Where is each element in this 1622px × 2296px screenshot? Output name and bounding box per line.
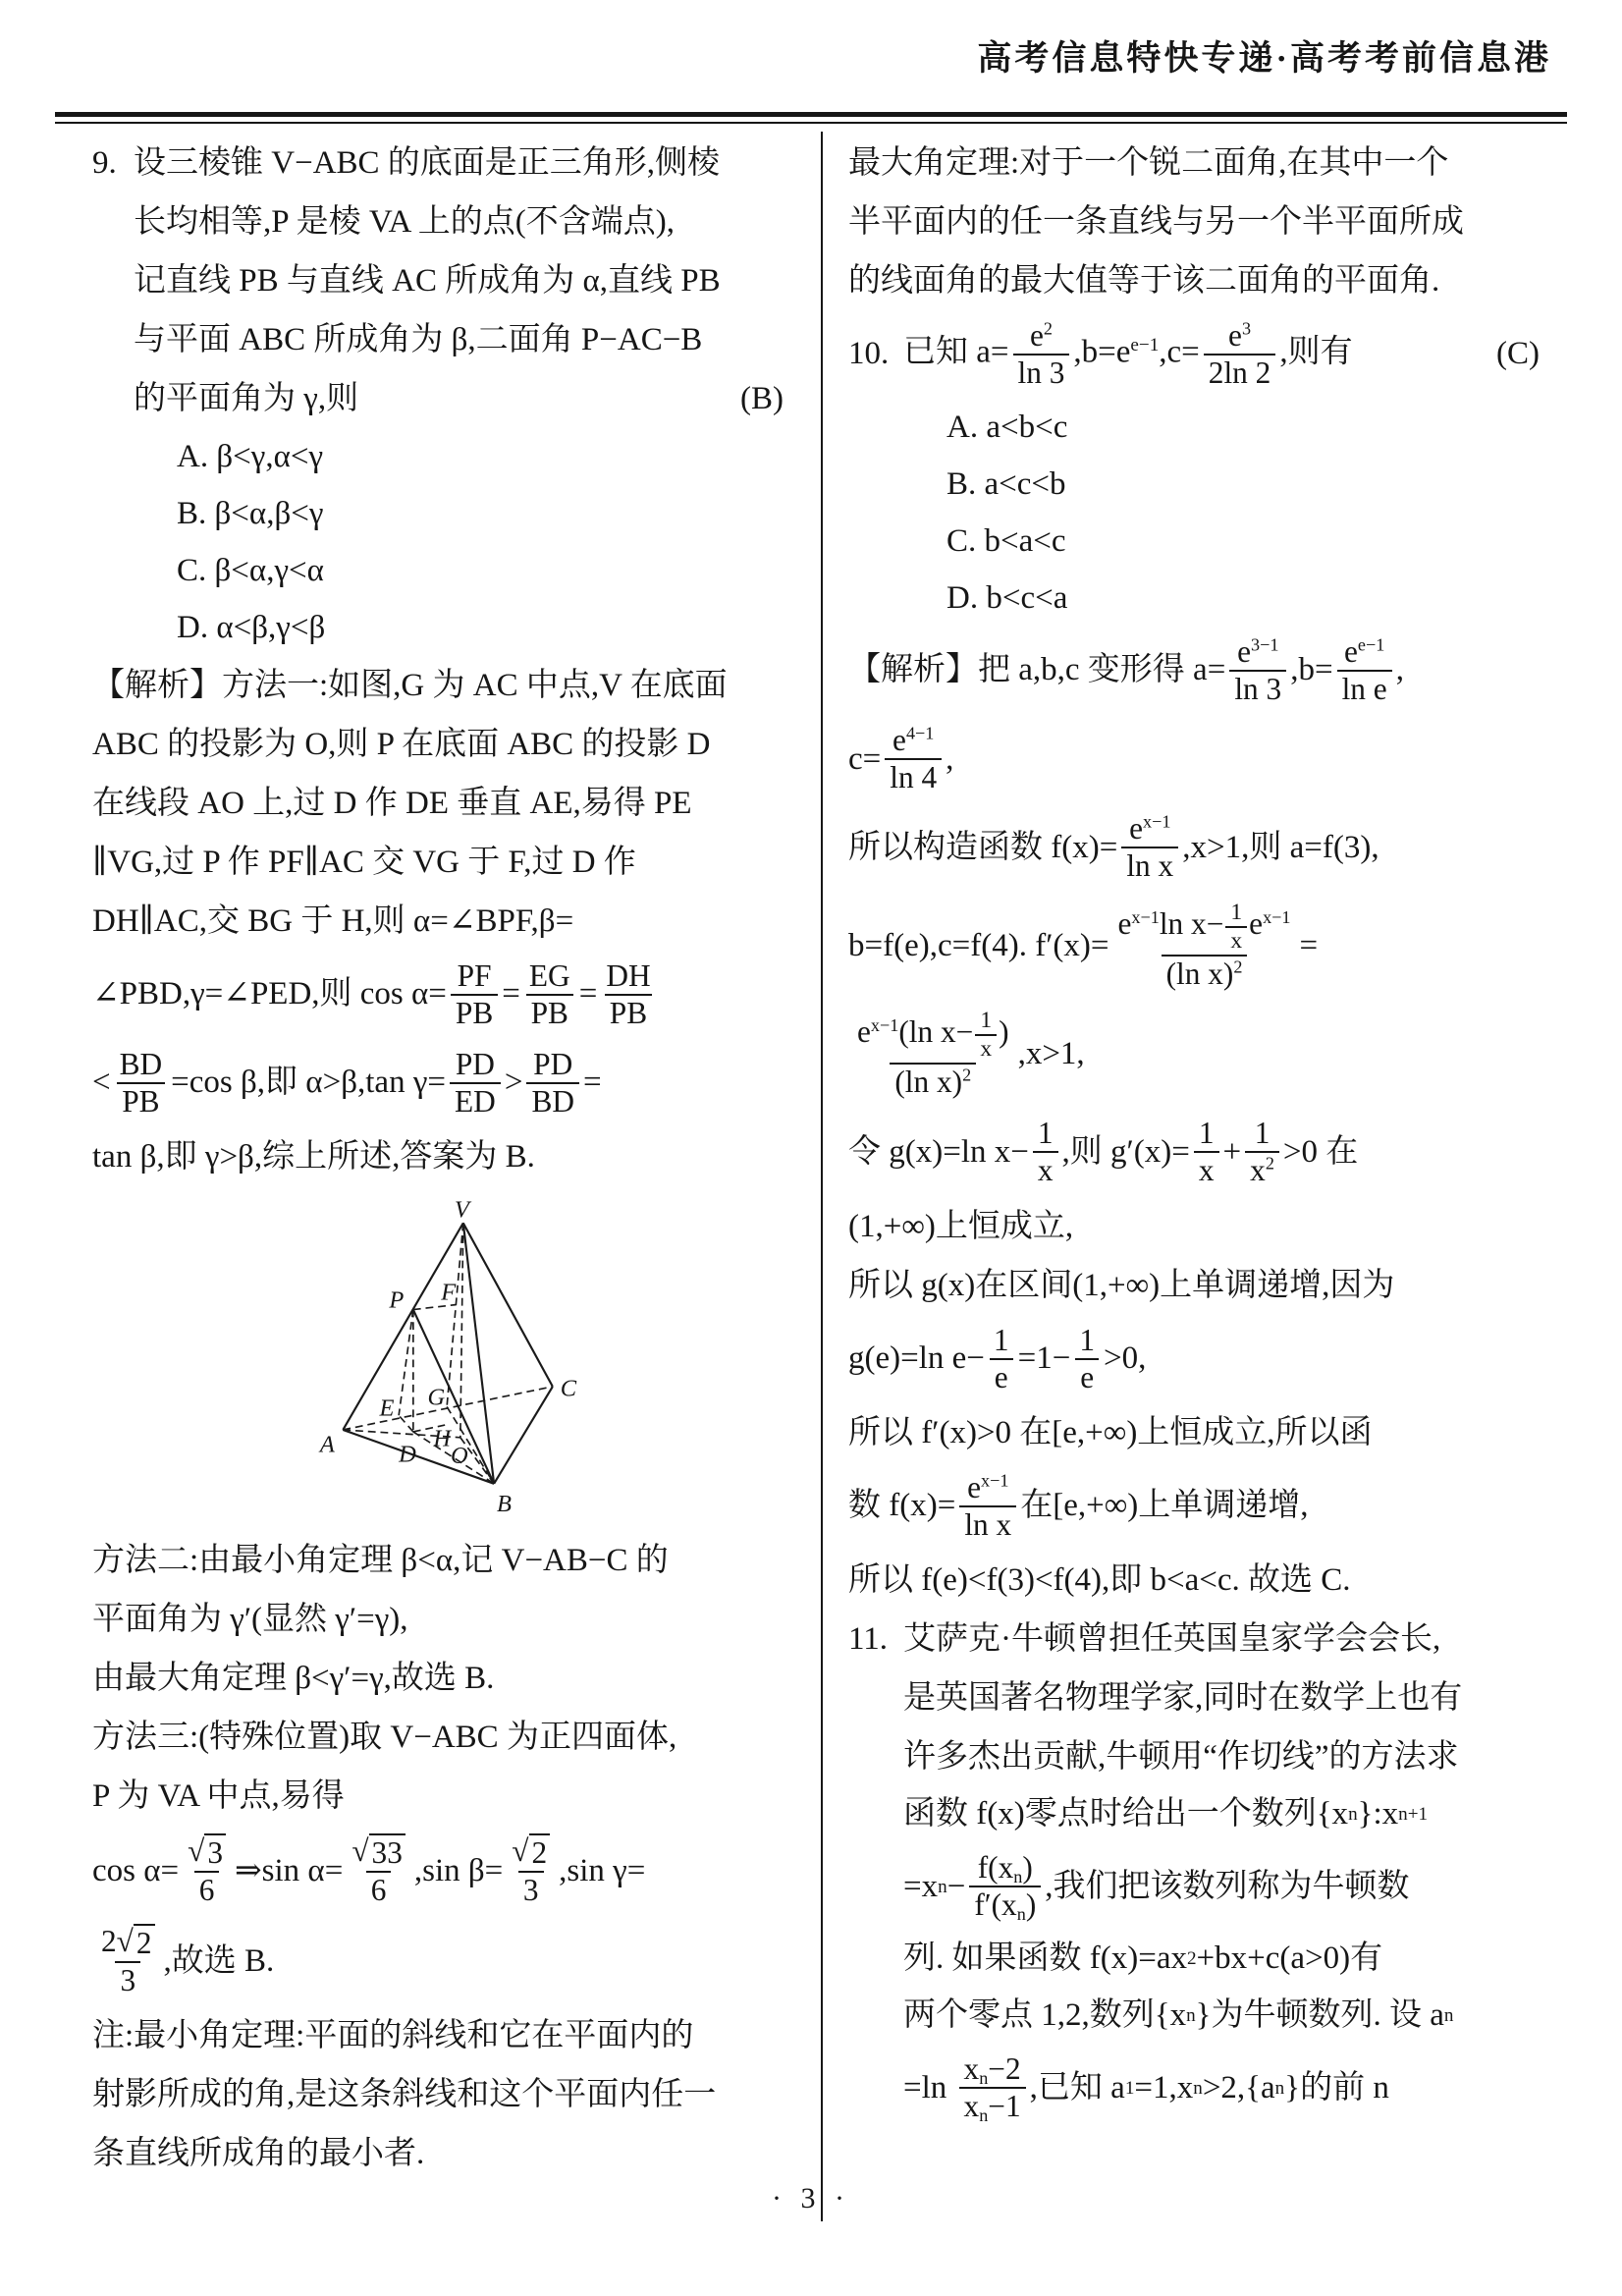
text-line: 与平面 ABC 所成角为 β,二面角 P−AC−B xyxy=(134,310,795,369)
text-line: g(e)=ln e−1e=1−1e>0, xyxy=(848,1315,1551,1403)
text-run: ) xyxy=(1022,1850,1032,1885)
text-line: 两个零点 1,2,数列{xn}为牛顿数列. 设 an xyxy=(903,1988,1551,2044)
text-line: 2√23,故选 B. xyxy=(92,1916,795,2006)
text-run: e xyxy=(1249,906,1263,941)
text-run: (ln x− xyxy=(898,1015,973,1050)
text-line: ex−1(ln x−1x)(ln x)2,x>1, xyxy=(848,1000,1551,1108)
square-root: √2 xyxy=(117,1924,155,1961)
text-run: >2,{a xyxy=(1203,2068,1275,2108)
text-run: ln 3 xyxy=(1018,355,1065,390)
fraction: 1x xyxy=(975,1008,997,1063)
text-run: PB xyxy=(610,996,647,1030)
text-line: 【解析】方法一:如图,G 为 AC 中点,V 在底面 xyxy=(92,656,795,715)
text-run: = xyxy=(583,1063,602,1103)
fraction: ex−1ln x−1xex−1(ln x)2 xyxy=(1113,900,1296,992)
text-run: >0 在 xyxy=(1283,1132,1358,1173)
text-run: 半平面内的任一条直线与另一个半平面所成 xyxy=(848,204,1464,240)
text-line: 令 g(x)=ln x−1x,则 g′(x)=1x+1x2>0 在 xyxy=(848,1108,1551,1196)
text-line: c=e4−1ln 4, xyxy=(848,715,1551,803)
superscript: 4−1 xyxy=(906,724,934,743)
text-run: − xyxy=(947,1867,966,1907)
text-run: 6 xyxy=(199,1873,215,1907)
text-line: C. b<a<c xyxy=(903,513,1551,570)
q10-options: A. a<b<cB. a<c<bC. b<a<cD. b<c<a xyxy=(903,399,1551,627)
text-run: = xyxy=(1300,926,1319,966)
text-run: ) xyxy=(999,1015,1008,1050)
fraction: e3−1ln 3 xyxy=(1229,634,1286,707)
q10-answer: (C) xyxy=(1496,334,1551,374)
text-run: e xyxy=(967,1470,981,1504)
text-run: 函数 f(x)零点时给出一个数列{x xyxy=(903,1794,1348,1834)
superscript: 2 xyxy=(1044,319,1053,339)
square-root: √33 xyxy=(351,1833,405,1871)
fraction: √336 xyxy=(347,1833,410,1908)
question-9: 9. 设三棱锥 V−ABC 的底面是正三角形,侧棱长均相等,P 是棱 VA 上的… xyxy=(92,134,795,656)
text-line: cos α=√36⇒sin α=√336,sin β=√23,sin γ= xyxy=(92,1826,795,1916)
text-line: ABC 的投影为 O,则 P 在底面 ABC 的投影 D xyxy=(92,715,795,774)
text-run: ∠PBD,γ=∠PED,则 cos α= xyxy=(92,974,447,1014)
subscript: n xyxy=(979,2105,988,2125)
q10-stem-line: 已知 a=e2ln 3,b=ee−1,c=e32ln 2,则有 (C) xyxy=(903,310,1551,399)
text-run: = xyxy=(502,974,520,1014)
text-run: 所以 f(e)<f(3)<f(4),即 b<a<c. 故选 C. xyxy=(848,1562,1351,1598)
text-run: PD xyxy=(533,1047,572,1081)
text-run: 长均相等,P 是棱 VA 上的点(不含端点), xyxy=(134,204,675,240)
figure-label: P xyxy=(388,1287,404,1314)
q9-stem: 设三棱锥 V−ABC 的底面是正三角形,侧棱长均相等,P 是棱 VA 上的点(不… xyxy=(134,134,795,369)
text-run: 所以 g(x)在区间(1,+∞)上单调递增,因为 xyxy=(848,1268,1394,1303)
text-run: ) xyxy=(1026,1887,1036,1922)
figure-label: H xyxy=(432,1426,452,1452)
text-line: A. β<γ,α<γ xyxy=(134,428,795,485)
text-run: A. β<γ,α<γ xyxy=(177,439,323,474)
superscript: x−1 xyxy=(1131,907,1159,927)
q9-analysis-methods23: 方法二:由最小角定理 β<α,记 V−AB−C 的平面角为 γ′(显然 γ′=γ… xyxy=(92,1531,795,2183)
fraction: 2√23 xyxy=(96,1924,160,1998)
fraction: e4−1ln 4 xyxy=(885,723,942,795)
text-line: 由最大角定理 β<γ′=γ,故选 B. xyxy=(92,1649,795,1708)
text-line: 所以 g(x)在区间(1,+∞)上单调递增,因为 xyxy=(848,1256,1551,1315)
text-run: 已知 a= xyxy=(903,335,1009,370)
text-run: }为牛顿数列. 设 a xyxy=(1196,1995,1444,2036)
text-line: A. a<b<c xyxy=(903,399,1551,456)
text-run: PB xyxy=(531,996,568,1030)
text-line: 许多杰出贡献,牛顿用“作切线”的方法求 xyxy=(903,1727,1551,1786)
top-rule xyxy=(55,112,1567,124)
text-run: x xyxy=(1038,1153,1054,1187)
column-divider xyxy=(821,132,823,2221)
text-run: 1 xyxy=(1230,900,1242,925)
text-line: B. β<α,β<γ xyxy=(134,485,795,542)
text-run: 平面角为 γ′(显然 γ′=γ), xyxy=(92,1602,408,1637)
superscript: x−1 xyxy=(871,1015,898,1035)
fraction: 1x2 xyxy=(1245,1116,1279,1188)
text-run: 1 xyxy=(980,1008,992,1033)
text-run: cos α= xyxy=(92,1851,179,1891)
subscript: n xyxy=(1193,2079,1203,2098)
text-line: P 为 VA 中点,易得 xyxy=(92,1767,795,1826)
page: 高考信息特快专递·高考考前信息港 9. 设三棱锥 V−ABC 的底面是正三角形,… xyxy=(0,0,1622,2296)
text-run: , xyxy=(1396,650,1404,690)
text-line: 【解析】把 a,b,c 变形得 a=e3−1ln 3,b=ee−1ln e, xyxy=(848,627,1551,715)
text-run: ED xyxy=(455,1084,496,1119)
text-run: D. b<c<a xyxy=(946,580,1067,616)
text-run: 令 g(x)=ln x− xyxy=(848,1132,1029,1173)
text-line: 最大角定理:对于一个锐二面角,在其中一个 xyxy=(848,134,1551,192)
text-run: C. β<α,γ<α xyxy=(177,553,324,588)
text-run: tan β,即 γ>β,综上所述,答案为 B. xyxy=(92,1139,535,1175)
text-line: 所以 f′(x)>0 在[e,+∞)上恒成立,所以函 xyxy=(848,1403,1551,1462)
text-run: (1,+∞)上恒成立, xyxy=(848,1209,1073,1244)
text-run: EG xyxy=(529,958,570,993)
figure-labels: V P F E G H A D O B C xyxy=(318,1197,577,1518)
text-run: 方法三:(特殊位置)取 V−ABC 为正四面体, xyxy=(92,1720,676,1755)
text-run: 两个零点 1,2,数列{x xyxy=(903,1995,1186,2036)
text-run: 注:最小角定理:平面的斜线和它在平面内的 xyxy=(92,2018,693,2053)
text-run: ABC 的投影为 O,则 P 在底面 ABC 的投影 D xyxy=(92,727,711,762)
text-line: 半平面内的任一条直线与另一个半平面所成 xyxy=(848,192,1551,251)
superscript: 2 xyxy=(962,1066,971,1085)
text-run: x xyxy=(1230,928,1242,954)
text-line: 的线面角的最大值等于该二面角的平面角. xyxy=(848,251,1551,310)
text-run: (ln x) xyxy=(894,1065,962,1099)
text-run: =1,x xyxy=(1134,2068,1193,2108)
text-run: < xyxy=(92,1063,111,1103)
text-run: (ln x) xyxy=(1166,957,1234,991)
text-run: , xyxy=(946,739,953,780)
text-run: e xyxy=(1129,811,1143,846)
text-run: 1 xyxy=(1038,1116,1054,1150)
text-line: 函数 f(x)零点时给出一个数列{xn}:xn+1 xyxy=(903,1786,1551,1842)
text-run: e xyxy=(1118,906,1132,941)
text-run: 6 xyxy=(371,1873,387,1907)
superscript: e−1 xyxy=(1130,335,1159,355)
text-line: b=f(e),c=f(4). f′(x)=ex−1ln x−1xex−1(ln … xyxy=(848,892,1551,1000)
figure-label: G xyxy=(428,1385,446,1411)
text-run: =1− xyxy=(1018,1339,1071,1379)
text-run: A. a<b<c xyxy=(946,410,1067,445)
question-11: 11. 艾萨克·牛顿曾担任英国皇家学会会长,是英国著名物理学家,同时在数学上也有… xyxy=(848,1610,1551,2133)
fraction: ex−1(ln x−1x)(ln x)2 xyxy=(852,1008,1014,1100)
q10-stem-formula: 已知 a=e2ln 3,b=ee−1,c=e32ln 2,则有 xyxy=(903,318,1353,391)
text-line: 设三棱锥 V−ABC 的底面是正三角形,侧棱 xyxy=(134,134,795,192)
left-column: 9. 设三棱锥 V−ABC 的底面是正三角形,侧棱长均相等,P 是棱 VA 上的… xyxy=(92,134,795,2183)
text-line: DH∥AC,交 BG 于 H,则 α=∠BPF,β= xyxy=(92,892,795,951)
text-run: 的线面角的最大值等于该二面角的平面角. xyxy=(848,263,1439,299)
text-run: ln 4 xyxy=(890,760,937,794)
text-run: ln x xyxy=(964,1507,1011,1542)
text-run: =cos β,即 α>β,tan γ= xyxy=(171,1063,446,1103)
text-run: 记直线 PB 与直线 AC 所成角为 α,直线 PB xyxy=(134,263,721,299)
text-line: 方法三:(特殊位置)取 V−ABC 为正四面体, xyxy=(92,1708,795,1767)
question-9-number: 9. xyxy=(92,134,117,192)
superscript: x−1 xyxy=(1143,812,1170,832)
q11-stem: 艾萨克·牛顿曾担任英国皇家学会会长,是英国著名物理学家,同时在数学上也有许多杰出… xyxy=(903,1610,1551,2133)
text-line: 所以构造函数 f(x)=ex−1ln x,x>1,则 a=f(3), xyxy=(848,803,1551,892)
text-run: 【解析】把 a,b,c 变形得 a= xyxy=(848,650,1225,690)
text-run: }:x xyxy=(1358,1794,1399,1834)
superscript: 2 xyxy=(1187,1949,1197,1968)
text-run: x xyxy=(1199,1153,1215,1187)
text-run: DH xyxy=(606,958,650,993)
text-run: −2 xyxy=(988,2051,1020,2086)
text-run: f(x xyxy=(978,1850,1014,1885)
subscript: n xyxy=(938,1878,947,1896)
text-line: C. β<α,γ<α xyxy=(134,542,795,599)
square-root: √2 xyxy=(512,1833,550,1871)
text-line: 长均相等,P 是棱 VA 上的点(不含端点), xyxy=(134,192,795,251)
text-line: 所以 f(e)<f(3)<f(4),即 b<a<c. 故选 C. xyxy=(848,1551,1551,1610)
text-run: e xyxy=(1344,634,1358,669)
text-line: ∠PBD,γ=∠PED,则 cos α=PFPB=EGPB=DHPB xyxy=(92,951,795,1039)
text-line: 条直线所成角的最小者. xyxy=(92,2124,795,2183)
figure-label: E xyxy=(379,1394,395,1421)
text-run: ,c= xyxy=(1159,335,1200,370)
text-line: 平面角为 γ′(显然 γ′=γ), xyxy=(92,1590,795,1649)
subscript: n xyxy=(1348,1805,1358,1824)
figure-label: A xyxy=(318,1432,336,1458)
text-line: 数 f(x)=ex−1ln x在[e,+∞)上单调递增, xyxy=(848,1462,1551,1551)
text-line: =xn−f(xn)f′(xn),我们把该数列称为牛顿数 xyxy=(903,1842,1551,1932)
tetrahedron-figure: V P F E G H A D O B C xyxy=(312,1194,593,1521)
fraction: PDED xyxy=(450,1047,501,1120)
text-run: =x xyxy=(903,1867,938,1907)
text-run: x xyxy=(964,2089,980,2123)
fraction: 1x xyxy=(1225,900,1247,955)
question-10-number: 10. xyxy=(848,324,889,383)
text-run: DH∥AC,交 BG 于 H,则 α=∠BPF,β= xyxy=(92,903,573,939)
text-run: 2 xyxy=(101,1924,117,1958)
q9-analysis-method1: 【解析】方法一:如图,G 为 AC 中点,V 在底面ABC 的投影为 O,则 P… xyxy=(92,656,795,1186)
subscript: n xyxy=(1017,1904,1026,1924)
question-10: 10. 已知 a=e2ln 3,b=ee−1,c=e32ln 2,则有 (C) … xyxy=(848,310,1551,627)
text-line: (1,+∞)上恒成立, xyxy=(848,1197,1551,1256)
square-root: √3 xyxy=(188,1833,226,1871)
text-run: 数 f(x)= xyxy=(848,1486,955,1526)
fraction: 1e xyxy=(1074,1323,1100,1395)
text-run: e xyxy=(1237,634,1251,669)
text-run: PF xyxy=(458,958,492,993)
question-11-number: 11. xyxy=(848,1610,888,1668)
subscript: n+1 xyxy=(1398,1805,1428,1824)
q9-options: A. β<γ,α<γB. β<α,β<γC. β<α,γ<αD. α<β,γ<β xyxy=(134,428,795,656)
fraction: 1e xyxy=(989,1323,1014,1395)
subscript: 1 xyxy=(1125,2079,1135,2098)
max-angle-theorem: 最大角定理:对于一个锐二面角,在其中一个半平面内的任一条直线与另一个半平面所成的… xyxy=(848,134,1551,310)
text-run: e xyxy=(892,723,906,757)
text-run: ⇒sin α= xyxy=(235,1851,343,1891)
superscript: 3−1 xyxy=(1251,635,1278,655)
figure-label: D xyxy=(398,1441,416,1467)
subscript: n xyxy=(1444,2006,1454,2025)
right-column: 最大角定理:对于一个锐二面角,在其中一个半平面内的任一条直线与另一个半平面所成的… xyxy=(848,134,1551,2132)
text-run: 在线段 AO 上,过 D 作 DE 垂直 AE,易得 PE xyxy=(92,786,691,821)
text-line: 列. 如果函数 f(x)=ax2+bx+c(a>0)有 xyxy=(903,1931,1551,1987)
text-run: 设三棱锥 V−ABC 的底面是正三角形,侧棱 xyxy=(134,145,720,181)
text-run: 3 xyxy=(120,1963,135,1997)
text-run: b=f(e),c=f(4). f′(x)= xyxy=(848,926,1109,966)
text-run: 2ln 2 xyxy=(1209,355,1271,390)
subscript: n xyxy=(1186,2006,1196,2025)
text-run: = xyxy=(579,974,598,1014)
text-run: ,b=e xyxy=(1073,335,1130,370)
q9-stem-last-text: 的平面角为 γ,则 xyxy=(134,369,358,428)
figure-label: F xyxy=(440,1280,457,1306)
text-run: 1 xyxy=(994,1323,1009,1357)
superscript: x−1 xyxy=(981,1470,1008,1490)
text-run: x xyxy=(1250,1153,1266,1187)
text-run: ,sin γ= xyxy=(559,1851,645,1891)
text-run: ,则有 xyxy=(1279,335,1352,370)
text-run: e xyxy=(995,1360,1008,1394)
figure-label: O xyxy=(451,1443,468,1469)
tetrahedron-figure-svg: V P F E G H A D O B C xyxy=(312,1194,593,1521)
text-run: }的前 n xyxy=(1284,2068,1389,2108)
text-run: 方法二:由最小角定理 β<α,记 V−AB−C 的 xyxy=(92,1543,669,1578)
superscript: 2 xyxy=(1266,1154,1274,1174)
q9-stem-last-line: 的平面角为 γ,则 (B) xyxy=(134,369,795,428)
text-run: g(e)=ln e− xyxy=(848,1339,985,1379)
text-run: 列. 如果函数 f(x)=ax xyxy=(903,1939,1187,1979)
text-run: + xyxy=(1223,1132,1242,1173)
text-run: 【解析】方法一:如图,G 为 AC 中点,V 在底面 xyxy=(92,668,728,703)
text-run: +bx+c(a>0)有 xyxy=(1197,1939,1383,1979)
figure-label: B xyxy=(497,1491,512,1517)
text-run: −1 xyxy=(988,2089,1020,2123)
page-number: · 3 · xyxy=(0,2182,1622,2215)
fraction: 1x xyxy=(1033,1116,1058,1188)
text-line: tan β,即 γ>β,综上所述,答案为 B. xyxy=(92,1127,795,1186)
superscript: 2 xyxy=(1233,957,1242,977)
text-run: ∥VG,过 P 作 PF∥AC 交 VG 于 F,过 D 作 xyxy=(92,845,636,880)
text-run: e xyxy=(1030,318,1044,353)
text-run: 由最大角定理 β<γ′=γ,故选 B. xyxy=(92,1661,494,1696)
text-run: ln e xyxy=(1342,672,1387,706)
text-run: BD xyxy=(120,1047,163,1081)
text-line: D. α<β,γ<β xyxy=(134,599,795,656)
text-run: f′(x xyxy=(974,1887,1016,1922)
fraction: PFPB xyxy=(451,958,498,1031)
text-line: 注:最小角定理:平面的斜线和它在平面内的 xyxy=(92,2006,795,2065)
fraction: 1x xyxy=(1194,1116,1219,1188)
fraction: EGPB xyxy=(524,958,575,1031)
text-run: > xyxy=(505,1063,523,1103)
text-run: B. a<c<b xyxy=(946,466,1066,502)
text-run: >0, xyxy=(1104,1339,1146,1379)
text-run: 所以 f′(x)>0 在[e,+∞)上恒成立,所以函 xyxy=(848,1415,1373,1450)
text-run: PD xyxy=(456,1047,495,1081)
text-run: 许多杰出贡献,牛顿用“作切线”的方法求 xyxy=(903,1739,1459,1775)
text-run: 所以构造函数 f(x)= xyxy=(848,828,1117,868)
text-run: 最大角定理:对于一个锐二面角,在其中一个 xyxy=(848,145,1448,181)
text-line: 是英国著名物理学家,同时在数学上也有 xyxy=(903,1668,1551,1727)
text-run: x xyxy=(980,1036,992,1062)
text-run: ln x− xyxy=(1160,906,1224,941)
figure-label: V xyxy=(455,1197,472,1224)
text-line: D. b<c<a xyxy=(903,570,1551,627)
text-run: 1 xyxy=(1199,1116,1215,1150)
fraction: f(xn)f′(xn) xyxy=(969,1850,1041,1924)
subscript: n xyxy=(1275,2079,1285,2098)
text-run: ,x>1, xyxy=(1018,1034,1085,1074)
q10-analysis: 【解析】把 a,b,c 变形得 a=e3−1ln 3,b=ee−1ln e,c=… xyxy=(848,627,1551,1610)
text-run: ,已知 a xyxy=(1030,2068,1125,2108)
superscript: 3 xyxy=(1242,319,1251,339)
text-run: ,则 g′(x)= xyxy=(1062,1132,1190,1173)
text-run: e xyxy=(857,1015,871,1050)
text-run: B. β<α,β<γ xyxy=(177,496,323,531)
header-title: 高考信息特快专递·高考考前信息港 xyxy=(977,31,1551,81)
text-line: B. a<c<b xyxy=(903,456,1551,513)
text-line: <BDPB=cos β,即 α>β,tan γ=PDED>PDBD= xyxy=(92,1039,795,1127)
text-run: PB xyxy=(122,1084,159,1119)
text-run: D. α<β,γ<β xyxy=(177,610,325,645)
superscript: x−1 xyxy=(1263,907,1290,927)
text-run: P 为 VA 中点,易得 xyxy=(92,1778,345,1814)
text-run: 射影所成的角,是这条斜线和这个平面内任一 xyxy=(92,2077,716,2112)
text-run: 1 xyxy=(1255,1116,1271,1150)
text-run: 在[e,+∞)上单调递增, xyxy=(1020,1486,1308,1526)
subscript: n xyxy=(979,2068,988,2088)
text-line: =ln xn−2xn−1,已知 a1=1,xn>2,{an}的前 n xyxy=(903,2044,1551,2133)
text-run: c= xyxy=(848,739,881,780)
text-run: ,sin β= xyxy=(414,1851,503,1891)
fraction: √36 xyxy=(183,1833,231,1908)
text-run: e xyxy=(1080,1360,1094,1394)
fraction: DHPB xyxy=(601,958,655,1031)
text-run: 与平面 ABC 所成角为 β,二面角 P−AC−B xyxy=(134,322,702,357)
text-run: e xyxy=(1228,318,1242,353)
text-run: 条直线所成角的最小者. xyxy=(92,2136,424,2171)
text-run: ,x>1,则 a=f(3), xyxy=(1182,828,1379,868)
text-run: 1 xyxy=(1079,1323,1095,1357)
fraction: ee−1ln e xyxy=(1337,634,1392,707)
text-run: 艾萨克·牛顿曾担任英国皇家学会会长, xyxy=(903,1621,1440,1657)
text-run: ,故选 B. xyxy=(164,1941,275,1982)
text-run: ,我们把该数列称为牛顿数 xyxy=(1045,1867,1409,1907)
text-run: PB xyxy=(456,996,493,1030)
text-line: 方法二:由最小角定理 β<α,记 V−AB−C 的 xyxy=(92,1531,795,1590)
superscript: e−1 xyxy=(1358,635,1384,655)
text-line: 在线段 AO 上,过 D 作 DE 垂直 AE,易得 PE xyxy=(92,774,795,833)
text-line: 射影所成的角,是这条斜线和这个平面内任一 xyxy=(92,2065,795,2124)
figure-label: C xyxy=(561,1376,577,1402)
text-run: x xyxy=(964,2051,980,2086)
fraction: BDPB xyxy=(115,1047,168,1120)
fraction: e32ln 2 xyxy=(1204,318,1276,391)
text-line: ∥VG,过 P 作 PF∥AC 交 VG 于 F,过 D 作 xyxy=(92,833,795,892)
text-line: 艾萨克·牛顿曾担任英国皇家学会会长, xyxy=(903,1610,1551,1668)
fraction: xn−2xn−1 xyxy=(959,2051,1026,2125)
fraction: ex−1ln x xyxy=(959,1470,1016,1543)
text-run: ,b= xyxy=(1290,650,1332,690)
text-run: BD xyxy=(531,1084,574,1119)
text-run: C. b<a<c xyxy=(946,523,1066,559)
text-run: 是英国著名物理学家,同时在数学上也有 xyxy=(903,1680,1462,1716)
text-run: ln 3 xyxy=(1234,672,1281,706)
text-run: ln x xyxy=(1126,848,1173,883)
q9-answer: (B) xyxy=(740,369,795,428)
fraction: √23 xyxy=(507,1833,555,1908)
text-run: =ln xyxy=(903,2068,955,2108)
text-run: 3 xyxy=(523,1873,539,1907)
fraction: e2ln 3 xyxy=(1013,318,1070,391)
fraction: PDBD xyxy=(526,1047,579,1120)
text-line: 记直线 PB 与直线 AC 所成角为 α,直线 PB xyxy=(134,251,795,310)
fraction: ex−1ln x xyxy=(1121,811,1178,884)
